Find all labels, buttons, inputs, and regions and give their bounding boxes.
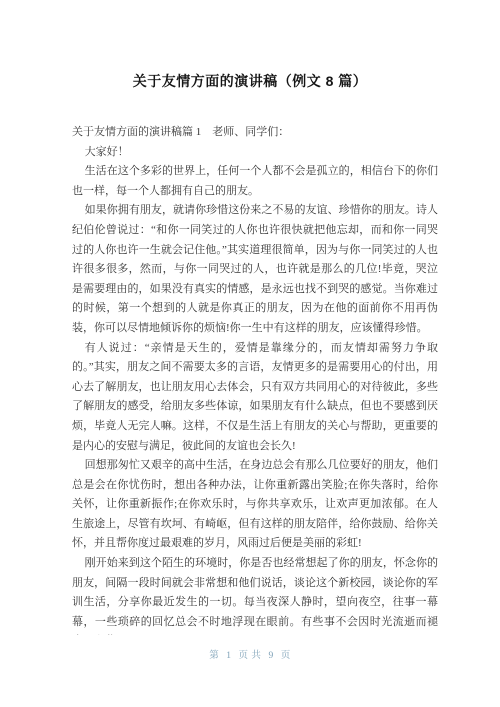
paragraph: 有人说过：“亲情是天生的，爱情是靠缘分的，而友情却需努力争取的。”其实，朋友之间… xyxy=(72,339,438,457)
page-footer: 第1页 共9页 xyxy=(0,647,500,661)
pagination-mid-label: 页 共 xyxy=(239,651,262,661)
pagination-prefix-label: 第 xyxy=(209,651,219,661)
document-page: 关于友情方面的演讲稿（例文 8 篇） 关于友情方面的演讲稿篇 1 老师、同学们：… xyxy=(0,0,500,707)
paragraph: 回想那匆忙又艰辛的高中生活，在身边总会有那么几位要好的朋友，他们总是会在你忧伤时… xyxy=(72,456,438,554)
pagination-current-page: 1 xyxy=(226,651,231,661)
paragraph: 关于友情方面的演讲稿篇 1 老师、同学们： xyxy=(72,123,438,143)
paragraph: 如果你拥有朋友，就请你珍惜这份来之不易的友谊、珍惜你的朋友。诗人纪伯伦曾说过：“… xyxy=(72,201,438,338)
paragraph: 生活在这个多彩的世界上，任何一个人都不会是孤立的，相信台下的你们也一样，每一个人… xyxy=(72,162,438,201)
pagination-suffix-label: 页 xyxy=(281,651,291,661)
paragraph: 大家好！ xyxy=(72,143,438,163)
paragraph: 刚开始来到这个陌生的环境时，你是否也经常想起了你的朋友，怀念你的朋友，间隔一段时… xyxy=(72,554,438,635)
document-title: 关于友情方面的演讲稿（例文 8 篇） xyxy=(0,0,500,91)
document-body: 关于友情方面的演讲稿篇 1 老师、同学们： 大家好！ 生活在这个多彩的世界上，任… xyxy=(72,123,438,635)
pagination-total-pages: 9 xyxy=(268,651,273,661)
